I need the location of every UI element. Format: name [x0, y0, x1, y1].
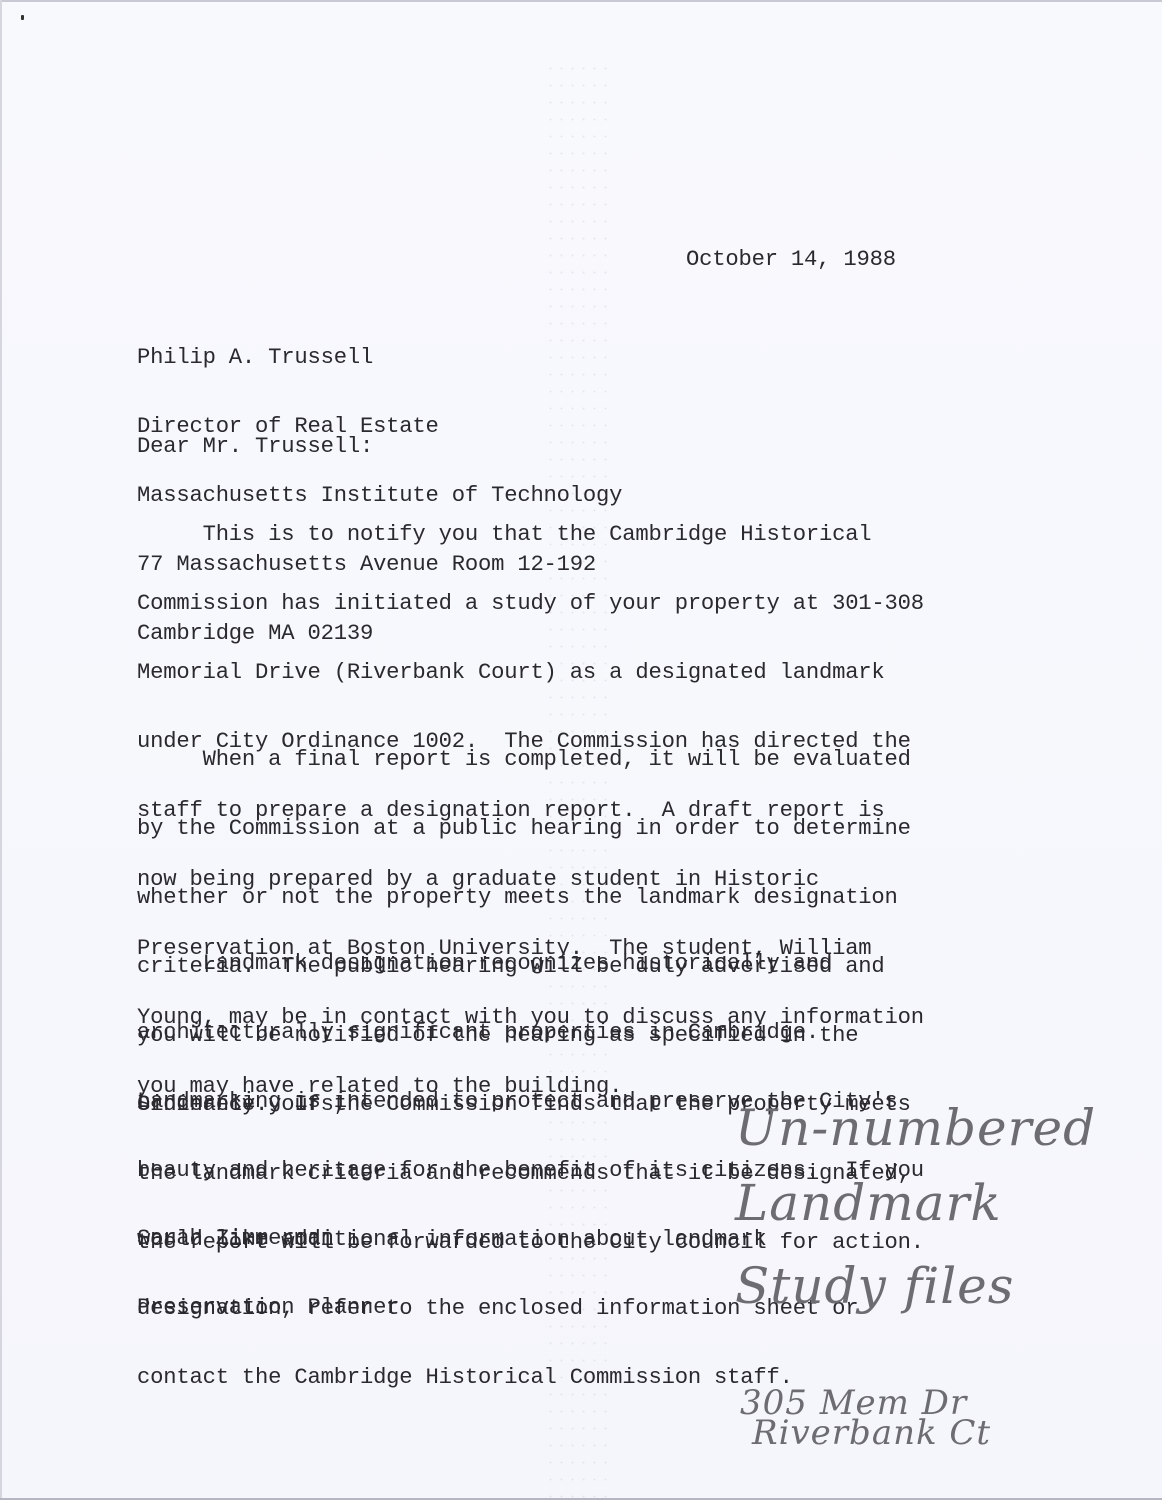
handwritten-note-line-2: Landmark — [735, 1175, 1002, 1231]
scan-speck — [21, 15, 24, 20]
paragraph-line: architecturally significant properties i… — [137, 1021, 924, 1044]
letter-date: October 14, 1988 — [686, 248, 896, 271]
closing: Sincerely yours, — [137, 1093, 347, 1116]
handwritten-note-line-1: Un-numbered — [735, 1100, 1096, 1156]
paragraph-line: This is to notify you that the Cambridge… — [137, 523, 924, 546]
signer-title: Preservation Planner — [137, 1296, 399, 1319]
recipient-name: Philip A. Trussell — [137, 346, 622, 369]
paragraph-line: Memorial Drive (Riverbank Court) as a de… — [137, 661, 924, 684]
salutation: Dear Mr. Trussell: — [137, 435, 373, 458]
paragraph-line: When a final report is completed, it wil… — [137, 748, 924, 771]
page-left-edge — [0, 0, 2, 1500]
signature-block: Sarah Zimmerman Preservation Planner — [137, 1181, 399, 1365]
letter-page: October 14, 1988 Philip A. Trussell Dire… — [0, 0, 1162, 1500]
page-top-edge — [0, 0, 1162, 2]
signer-name: Sarah Zimmerman — [137, 1227, 399, 1250]
paragraph-line: by the Commission at a public hearing in… — [137, 817, 924, 840]
handwritten-address-line-2: Riverbank Ct — [752, 1415, 991, 1451]
handwritten-note-line-3: Study files — [735, 1258, 1014, 1314]
paragraph-line: Landmark designation recognizes historic… — [137, 952, 924, 975]
paragraph-line: Commission has initiated a study of your… — [137, 592, 924, 615]
